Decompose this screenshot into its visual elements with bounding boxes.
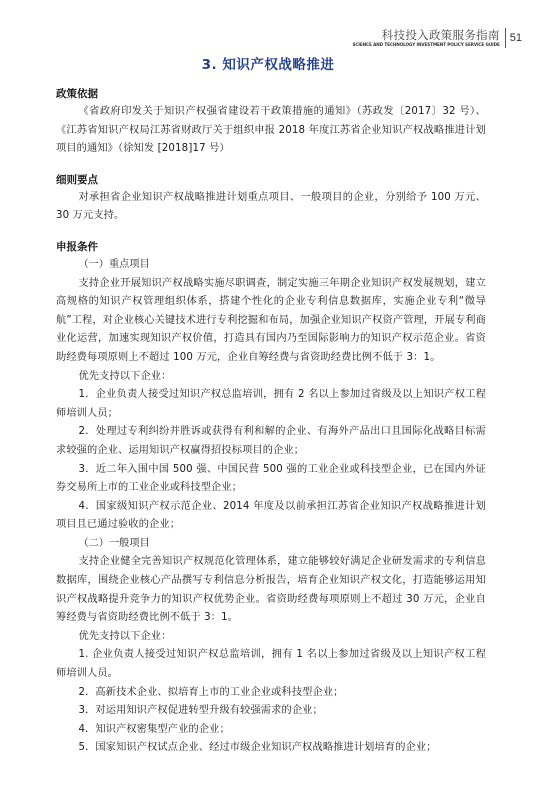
key-priority-item: 4．国家级知识产权示范企业、2014 年度及以前承担江苏省企业知识产权战略推进计… xyxy=(56,498,486,535)
subsection-general-project: （二）一般项目 xyxy=(56,535,486,554)
key-priority-intro: 优先支持以下企业： xyxy=(56,368,486,387)
general-priority-item: 4．知识产权密集型产业的企业； xyxy=(56,721,486,740)
page-number: 51 xyxy=(506,28,522,48)
document-body: 政策依据 《省政府印发关于知识产权强省建设若干政策措施的通知》（苏政发〔2017… xyxy=(56,85,486,758)
general-priority-item: 3．对运用知识产权促进转型升级有较强需求的企业； xyxy=(56,702,486,721)
header-text: 科技投入政策服务指南 SCIENCE AND TECHNOLOGY INVEST… xyxy=(352,28,505,48)
page-title: 3. 知识产权战略推进 xyxy=(0,53,536,73)
key-priority-item: 2．处理过专利纠纷并胜诉或获得有利和解的企业、有海外产品出口且国际化战略目标需求… xyxy=(56,423,486,460)
section-heading-details: 细则要点 xyxy=(56,171,486,189)
section-heading-policy-basis: 政策依据 xyxy=(56,85,486,103)
details-paragraph: 对承担省企业知识产权战略推进计划重点项目、一般项目的企业，分别给予 100 万元… xyxy=(56,189,486,226)
header-title-en: SCIENCE AND TECHNOLOGY INVESTMENT POLICY… xyxy=(352,42,499,48)
page-header: 科技投入政策服务指南 SCIENCE AND TECHNOLOGY INVEST… xyxy=(352,28,522,48)
key-priority-item: 1．企业负责人接受过知识产权总监培训，拥有 2 名以上参加过省级及以上知识产权工… xyxy=(56,386,486,423)
general-priority-intro: 优先支持以下企业： xyxy=(56,628,486,647)
general-priority-item: 2．高新技术企业、拟培育上市的工业企业或科技型企业； xyxy=(56,684,486,703)
general-priority-item: 1. 企业负责人接受过知识产权总监培训，拥有 1 名以上参加过省级及以上知识产权… xyxy=(56,646,486,683)
key-project-description: 支持企业开展知识产权战略实施尽职调查，制定实施三年期企业知识产权发展规划，建立高… xyxy=(56,275,486,368)
section-heading-conditions: 申报条件 xyxy=(56,238,486,256)
general-priority-item: 5．国家知识产权试点企业、经过市级企业知识产权战略推进计划培育的企业； xyxy=(56,739,486,758)
general-project-description: 支持企业健全完善知识产权规范化管理体系，建立能够较好满足企业研发需求的专利信息数… xyxy=(56,553,486,627)
subsection-key-project: （一）重点项目 xyxy=(56,256,486,275)
policy-basis-paragraph: 《省政府印发关于知识产权强省建设若干政策措施的通知》（苏政发〔2017〕32 号… xyxy=(56,103,486,159)
key-priority-item: 3．近二年入围中国 500 强、中国民营 500 强的工业企业或科技型企业，已在… xyxy=(56,461,486,498)
header-title-cn: 科技投入政策服务指南 xyxy=(352,28,499,42)
